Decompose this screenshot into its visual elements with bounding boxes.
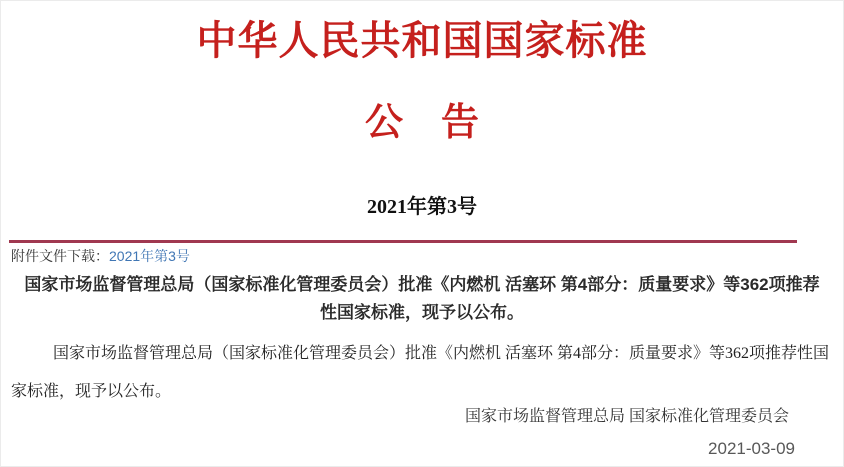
issue-number: 2021年第3号	[1, 190, 843, 219]
attachment-row: 附件文件下载：2021年第3号	[11, 247, 190, 265]
announcement-title: 公 告	[1, 91, 843, 146]
notice-heading: 国家市场监督管理总局（国家标准化管理委员会）批准《内燃机 活塞环 第4部分：质量…	[19, 271, 825, 327]
page-title: 中华人民共和国国家标准	[1, 9, 843, 66]
attachment-label: 附件文件下载：	[11, 248, 109, 264]
divider-rule	[9, 240, 797, 243]
publish-date: 2021-03-09	[1, 439, 795, 459]
announcement-page: 中华人民共和国国家标准 公 告 2021年第3号 附件文件下载：2021年第3号…	[0, 0, 844, 467]
notice-body: 国家市场监督管理总局（国家标准化管理委员会）批准《内燃机 活塞环 第4部分：质量…	[11, 335, 829, 411]
attachment-link[interactable]: 2021年第3号	[109, 248, 190, 264]
signature-line: 国家市场监督管理总局 国家标准化管理委员会	[1, 403, 789, 426]
